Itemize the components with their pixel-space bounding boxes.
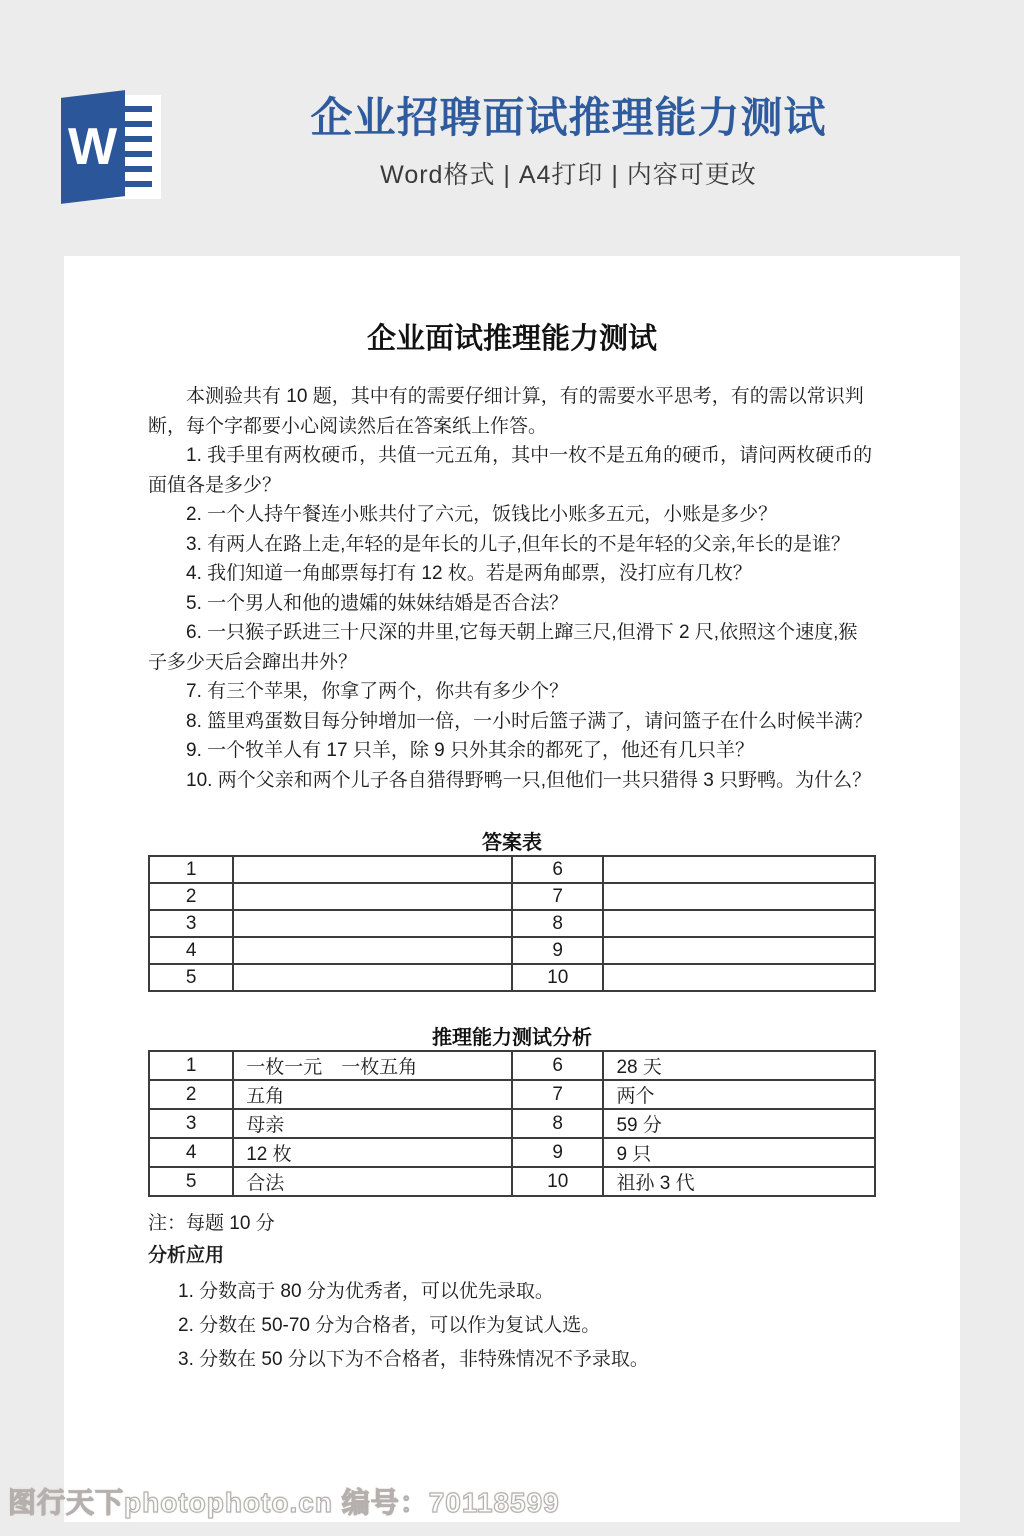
template-subtitle: Word格式 | A4打印 | 内容可更改 xyxy=(177,155,960,191)
answer-blank-cell xyxy=(233,964,512,991)
table-row: 4 12 枚 9 9 只 xyxy=(149,1138,875,1167)
template-title: 企业招聘面试推理能力测试 xyxy=(177,94,960,142)
answer-table-title: 答案表 xyxy=(148,831,876,855)
table-row: 3 8 xyxy=(149,910,875,937)
question-6: 6. 一只猴子跃进三十尺深的井里,它每天朝上蹿三尺,但滑下 2 尺,依照这个速度… xyxy=(148,618,876,677)
analysis-item-3: 3. 分数在 50 分以下为不合格者，非特殊情况不予录取。 xyxy=(178,1348,876,1372)
word-icon-flag: W xyxy=(61,90,125,204)
analysis-table: 1 一枚一元 一枚五角 6 28 天 2 五角 7 两个 3 母亲 8 59 分… xyxy=(148,1050,876,1197)
analysis-answer-cell: 祖孙 3 代 xyxy=(603,1167,875,1196)
analysis-item-2: 2. 分数在 50-70 分为合格者，可以作为复试人选。 xyxy=(178,1314,876,1338)
analysis-no-cell: 8 xyxy=(512,1109,603,1138)
answer-blank-cell xyxy=(233,910,512,937)
analysis-answer-cell: 一枚一元 一枚五角 xyxy=(233,1051,512,1080)
document-title: 企业面试推理能力测试 xyxy=(148,322,876,356)
question-3: 3. 有两人在路上走,年轻的是年长的儿子,但年长的不是年轻的父亲,年长的是谁？ xyxy=(148,530,876,560)
analysis-no-cell: 7 xyxy=(512,1080,603,1109)
question-4: 4. 我们知道一角邮票每打有 12 枚。若是两角邮票，没打应有几枚？ xyxy=(148,559,876,589)
intro-paragraph: 本测验共有 10 题，其中有的需要仔细计算，有的需要水平思考，有的需以常识判断，… xyxy=(148,382,876,441)
question-5: 5. 一个男人和他的遗孀的妹妹结婚是否合法？ xyxy=(148,589,876,619)
analysis-answer-cell: 合法 xyxy=(233,1167,512,1196)
analysis-no-cell: 10 xyxy=(512,1167,603,1196)
answer-no-cell: 8 xyxy=(512,910,603,937)
score-note: 注：每题 10 分 xyxy=(148,1209,876,1238)
analysis-answer-cell: 59 分 xyxy=(603,1109,875,1138)
table-row: 2 7 xyxy=(149,883,875,910)
answer-blank-cell xyxy=(233,856,512,883)
analysis-answer-cell: 五角 xyxy=(233,1080,512,1109)
analysis-no-cell: 3 xyxy=(149,1109,233,1138)
analysis-no-cell: 4 xyxy=(149,1138,233,1167)
answer-blank-cell xyxy=(603,856,875,883)
question-10: 10. 两个父亲和两个儿子各自猎得野鸭一只,但他们一共只猎得 3 只野鸭。为什么… xyxy=(148,766,876,796)
answer-no-cell: 6 xyxy=(512,856,603,883)
analysis-table-title: 推理能力测试分析 xyxy=(148,1026,876,1050)
answer-no-cell: 2 xyxy=(149,883,233,910)
analysis-answer-cell: 9 只 xyxy=(603,1138,875,1167)
answer-no-cell: 4 xyxy=(149,937,233,964)
answer-blank-cell xyxy=(233,937,512,964)
answer-no-cell: 3 xyxy=(149,910,233,937)
question-9: 9. 一个牧羊人有 17 只羊，除 9 只外其余的都死了，他还有几只羊？ xyxy=(148,736,876,766)
analysis-answer-cell: 12 枚 xyxy=(233,1138,512,1167)
header-text: 企业招聘面试推理能力测试 Word格式 | A4打印 | 内容可更改 xyxy=(177,94,960,191)
document-page: 企业面试推理能力测试 本测验共有 10 题，其中有的需要仔细计算，有的需要水平思… xyxy=(64,256,960,1522)
answer-no-cell: 1 xyxy=(149,856,233,883)
answer-table: 1 6 2 7 3 8 4 9 xyxy=(148,855,876,992)
question-8: 8. 篮里鸡蛋数目每分钟增加一倍，一小时后篮子满了，请问篮子在什么时候半满？ xyxy=(148,707,876,737)
table-row: 1 一枚一元 一枚五角 6 28 天 xyxy=(149,1051,875,1080)
table-row: 5 10 xyxy=(149,964,875,991)
word-icon-letter: W xyxy=(68,121,117,173)
answer-blank-cell xyxy=(603,964,875,991)
answer-no-cell: 9 xyxy=(512,937,603,964)
answer-blank-cell xyxy=(603,937,875,964)
word-icon: W xyxy=(55,85,177,207)
analysis-no-cell: 1 xyxy=(149,1051,233,1080)
analysis-item-1: 1. 分数高于 80 分为优秀者，可以优先录取。 xyxy=(178,1280,876,1304)
analysis-answer-cell: 母亲 xyxy=(233,1109,512,1138)
analysis-no-cell: 9 xyxy=(512,1138,603,1167)
site-watermark: 图行天下photophoto.cn 编号：70118599 xyxy=(8,1481,560,1521)
answer-no-cell: 7 xyxy=(512,883,603,910)
question-7: 7. 有三个苹果，你拿了两个，你共有多少个？ xyxy=(148,677,876,707)
table-row: 3 母亲 8 59 分 xyxy=(149,1109,875,1138)
analysis-heading: 分析应用 xyxy=(148,1241,876,1270)
answer-blank-cell xyxy=(233,883,512,910)
answer-no-cell: 5 xyxy=(149,964,233,991)
analysis-answer-cell: 两个 xyxy=(603,1080,875,1109)
template-header: W 企业招聘面试推理能力测试 Word格式 | A4打印 | 内容可更改 xyxy=(0,0,1024,256)
analysis-no-cell: 2 xyxy=(149,1080,233,1109)
answer-blank-cell xyxy=(603,910,875,937)
answer-blank-cell xyxy=(603,883,875,910)
question-2: 2. 一个人持午餐连小账共付了六元，饭钱比小账多五元，小账是多少？ xyxy=(148,500,876,530)
answer-no-cell: 10 xyxy=(512,964,603,991)
table-row: 1 6 xyxy=(149,856,875,883)
table-row: 5 合法 10 祖孙 3 代 xyxy=(149,1167,875,1196)
analysis-no-cell: 6 xyxy=(512,1051,603,1080)
table-row: 2 五角 7 两个 xyxy=(149,1080,875,1109)
question-1: 1. 我手里有两枚硬币，共值一元五角，其中一枚不是五角的硬币，请问两枚硬币的面值… xyxy=(148,441,876,500)
analysis-no-cell: 5 xyxy=(149,1167,233,1196)
analysis-answer-cell: 28 天 xyxy=(603,1051,875,1080)
table-row: 4 9 xyxy=(149,937,875,964)
